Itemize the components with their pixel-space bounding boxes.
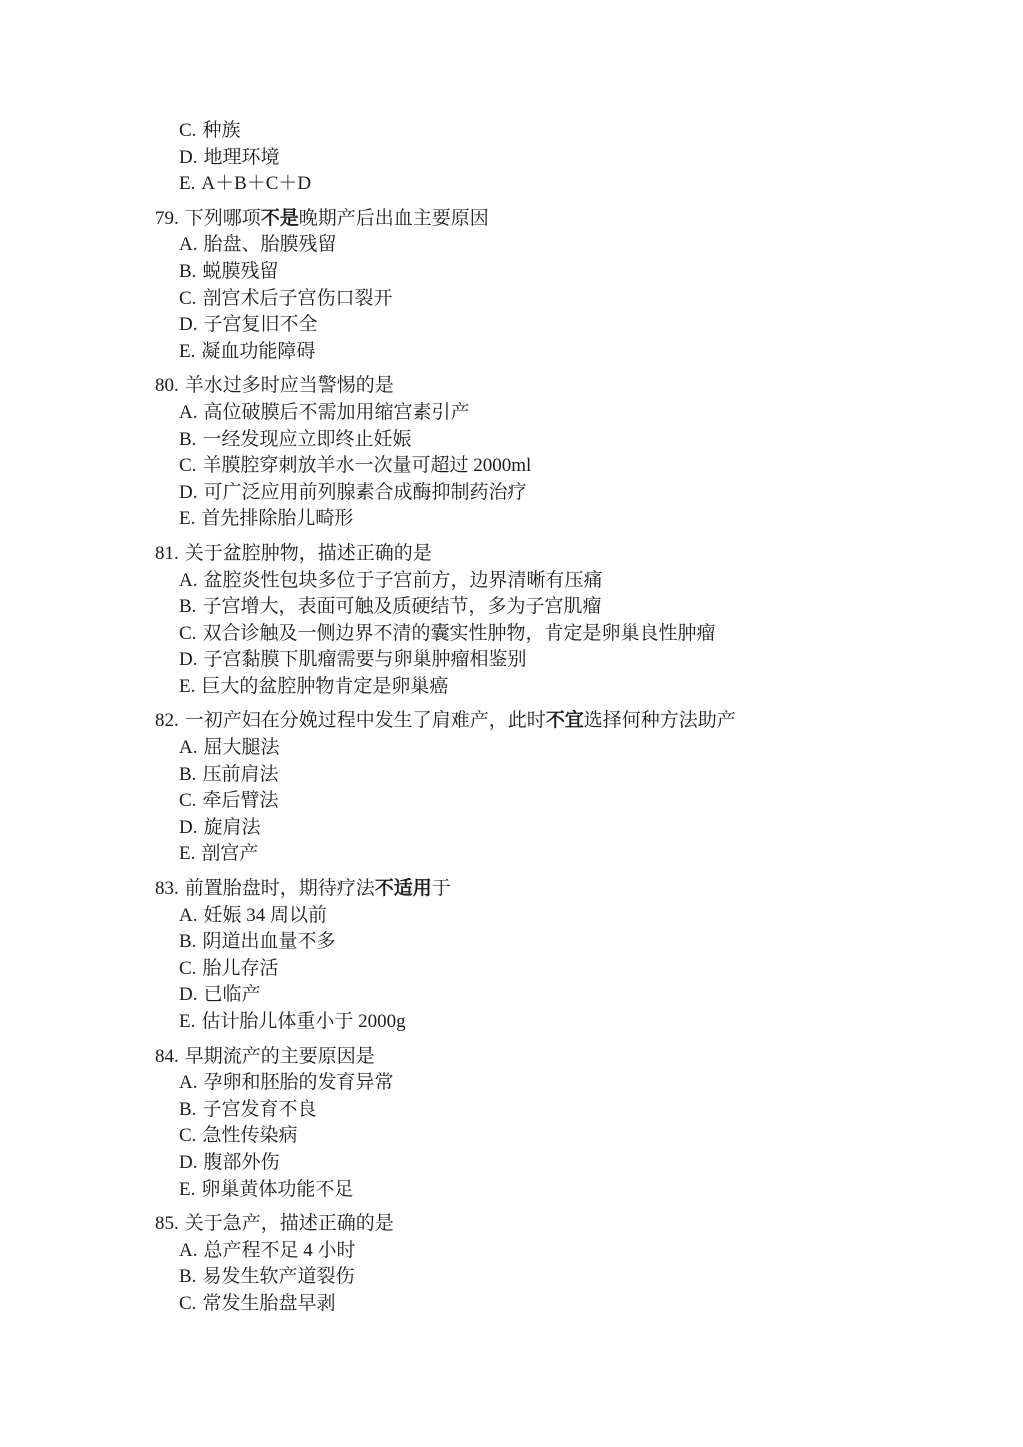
option-line: A.总产程不足 4 小时	[155, 1238, 963, 1265]
option-text: 双合诊触及一侧边界不清的囊实性肿物，肯定是卵巢良性肿瘤	[202, 623, 715, 644]
stem-text: 下列哪项	[185, 208, 261, 229]
option-line: C.羊膜腔穿刺放羊水一次量可超过 2000ml	[155, 453, 963, 480]
option-label: C.	[179, 788, 196, 815]
option-line: D.地理环境	[155, 145, 963, 172]
option-line: B.子宫发育不良	[155, 1097, 963, 1124]
question-block: 79.下列哪项不是晚期产后出血主要原因A.胎盘、胎膜残留B.蜕膜残留C.剖宫术后…	[155, 206, 963, 366]
option-label: A.	[179, 1070, 197, 1097]
stem-text: 早期流产的主要原因是	[185, 1046, 375, 1067]
exam-page: C.种族D.地理环境E.A＋B＋C＋D79.下列哪项不是晚期产后出血主要原因A.…	[0, 0, 1023, 1447]
option-text: 腹部外伤	[203, 1152, 279, 1173]
option-line: E.A＋B＋C＋D	[155, 171, 963, 198]
question-number: 81.	[155, 541, 179, 568]
option-label: E.	[179, 674, 195, 701]
option-label: B.	[179, 594, 196, 621]
question-number: 84.	[155, 1044, 179, 1071]
option-text: 牵后臂法	[202, 790, 278, 811]
option-label: E.	[179, 339, 195, 366]
question-number: 79.	[155, 206, 179, 233]
question-block: 83.前置胎盘时，期待疗法不适用于A.妊娠 34 周以前B.阴道出血量不多C.胎…	[155, 876, 963, 1036]
option-text: 常发生胎盘早剥	[202, 1293, 335, 1314]
option-label: D.	[179, 1150, 197, 1177]
option-text: 盆腔炎性包块多位于子宫前方，边界清晰有压痛	[203, 570, 602, 591]
option-text: 屈大腿法	[203, 737, 279, 758]
option-text: 阴道出血量不多	[202, 931, 335, 952]
stem-text: 关于盆腔肿物，描述正确的是	[185, 543, 432, 564]
option-line: E.巨大的盆腔肿物肯定是卵巢癌	[155, 674, 963, 701]
option-text: 压前肩法	[202, 764, 278, 785]
option-label: B.	[179, 762, 196, 789]
question-list: C.种族D.地理环境E.A＋B＋C＋D79.下列哪项不是晚期产后出血主要原因A.…	[0, 0, 1023, 1318]
option-text: 孕卵和胚胎的发育异常	[203, 1072, 393, 1093]
stem-text: 选择何种方法助产	[584, 710, 736, 731]
option-line: A.屈大腿法	[155, 735, 963, 762]
question-block: 85.关于急产，描述正确的是A.总产程不足 4 小时B.易发生软产道裂伤C.常发…	[155, 1211, 963, 1317]
question-stem: 关于盆腔肿物，描述正确的是	[185, 543, 432, 564]
option-line: D.可广泛应用前列腺素合成酶抑制药治疗	[155, 480, 963, 507]
option-text: 凝血功能障碍	[201, 341, 315, 362]
stem-text: 一初产妇在分娩过程中发生了肩难产，此时	[185, 710, 546, 731]
option-label: C.	[179, 956, 196, 983]
option-line: D.已临产	[155, 982, 963, 1009]
option-label: B.	[179, 1097, 196, 1124]
stem-emphasis: 不适用	[375, 878, 432, 899]
option-label: E.	[179, 1177, 195, 1204]
option-label: C.	[179, 1291, 196, 1318]
option-line: D.子宫复旧不全	[155, 312, 963, 339]
question-stem-line: 85.关于急产，描述正确的是	[155, 1211, 963, 1238]
option-text: 剖宫产	[201, 843, 258, 864]
question-stem-line: 80.羊水过多时应当警惕的是	[155, 373, 963, 400]
option-line: E.首先排除胎儿畸形	[155, 506, 963, 533]
stem-text: 羊水过多时应当警惕的是	[185, 375, 394, 396]
option-line: A.高位破膜后不需加用缩宫素引产	[155, 400, 963, 427]
option-text: 一经发现应立即终止妊娠	[202, 429, 411, 450]
option-line: B.压前肩法	[155, 762, 963, 789]
option-label: B.	[179, 427, 196, 454]
option-line: C.急性传染病	[155, 1123, 963, 1150]
option-text: 易发生软产道裂伤	[202, 1266, 354, 1287]
question-stem-line: 79.下列哪项不是晚期产后出血主要原因	[155, 206, 963, 233]
option-text: 子宫增大，表面可触及质硬结节，多为子宫肌瘤	[202, 596, 601, 617]
option-text: 胎儿存活	[202, 958, 278, 979]
option-line: C.剖宫术后子宫伤口裂开	[155, 286, 963, 313]
option-label: C.	[179, 118, 196, 145]
question-number: 83.	[155, 876, 179, 903]
option-label: B.	[179, 1264, 196, 1291]
option-label: C.	[179, 1123, 196, 1150]
question-stem-line: 84.早期流产的主要原因是	[155, 1044, 963, 1071]
question-stem: 一初产妇在分娩过程中发生了肩难产，此时不宜选择何种方法助产	[185, 710, 736, 731]
option-line: C.双合诊触及一侧边界不清的囊实性肿物，肯定是卵巢良性肿瘤	[155, 621, 963, 648]
question-block: 80.羊水过多时应当警惕的是A.高位破膜后不需加用缩宫素引产B.一经发现应立即终…	[155, 373, 963, 533]
option-line: C.种族	[155, 118, 963, 145]
option-line: A.盆腔炎性包块多位于子宫前方，边界清晰有压痛	[155, 568, 963, 595]
option-line: E.卵巢黄体功能不足	[155, 1177, 963, 1204]
option-label: A.	[179, 735, 197, 762]
option-label: D.	[179, 982, 197, 1009]
stem-text: 晚期产后出血主要原因	[299, 208, 489, 229]
question-stem: 下列哪项不是晚期产后出血主要原因	[185, 208, 489, 229]
option-line: D.腹部外伤	[155, 1150, 963, 1177]
option-line: D.旋肩法	[155, 815, 963, 842]
question-number: 85.	[155, 1211, 179, 1238]
option-label: A.	[179, 903, 197, 930]
option-line: E.估计胎儿体重小于 2000g	[155, 1009, 963, 1036]
option-label: A.	[179, 568, 197, 595]
option-label: C.	[179, 453, 196, 480]
option-label: A.	[179, 232, 197, 259]
option-line: B.阴道出血量不多	[155, 929, 963, 956]
option-line: C.常发生胎盘早剥	[155, 1291, 963, 1318]
stem-text: 前置胎盘时，期待疗法	[185, 878, 375, 899]
option-label: E.	[179, 841, 195, 868]
option-text: A＋B＋C＋D	[201, 173, 311, 194]
question-number: 80.	[155, 373, 179, 400]
stem-emphasis: 不宜	[546, 710, 584, 731]
question-block: 82.一初产妇在分娩过程中发生了肩难产，此时不宜选择何种方法助产A.屈大腿法B.…	[155, 708, 963, 868]
option-text: 旋肩法	[203, 817, 260, 838]
option-label: D.	[179, 312, 197, 339]
option-text: 胎盘、胎膜残留	[203, 234, 336, 255]
option-line: E.凝血功能障碍	[155, 339, 963, 366]
option-text: 估计胎儿体重小于 2000g	[201, 1011, 405, 1032]
option-line: A.孕卵和胚胎的发育异常	[155, 1070, 963, 1097]
option-line: B.易发生软产道裂伤	[155, 1264, 963, 1291]
question-number: 82.	[155, 708, 179, 735]
option-text: 种族	[202, 120, 240, 141]
option-text: 妊娠 34 周以前	[203, 905, 327, 926]
option-label: D.	[179, 647, 197, 674]
option-text: 地理环境	[203, 147, 279, 168]
option-line: B.一经发现应立即终止妊娠	[155, 427, 963, 454]
option-label: D.	[179, 815, 197, 842]
question-stem: 关于急产，描述正确的是	[185, 1213, 394, 1234]
option-text: 巨大的盆腔肿物肯定是卵巢癌	[201, 676, 448, 697]
option-label: E.	[179, 506, 195, 533]
option-text: 子宫黏膜下肌瘤需要与卵巢肿瘤相鉴别	[203, 649, 526, 670]
option-text: 高位破膜后不需加用缩宫素引产	[203, 402, 469, 423]
option-label: D.	[179, 480, 197, 507]
option-text: 子宫发育不良	[202, 1099, 316, 1120]
option-label: C.	[179, 286, 196, 313]
option-text: 羊膜腔穿刺放羊水一次量可超过 2000ml	[202, 455, 531, 476]
option-line: E.剖宫产	[155, 841, 963, 868]
option-line: C.牵后臂法	[155, 788, 963, 815]
stem-text: 于	[432, 878, 451, 899]
option-text: 可广泛应用前列腺素合成酶抑制药治疗	[203, 482, 526, 503]
option-label: A.	[179, 400, 197, 427]
option-line: A.妊娠 34 周以前	[155, 903, 963, 930]
option-label: B.	[179, 929, 196, 956]
question-stem-line: 83.前置胎盘时，期待疗法不适用于	[155, 876, 963, 903]
option-label: C.	[179, 621, 196, 648]
option-line: D.子宫黏膜下肌瘤需要与卵巢肿瘤相鉴别	[155, 647, 963, 674]
option-text: 总产程不足 4 小时	[203, 1240, 355, 1261]
question-stem: 早期流产的主要原因是	[185, 1046, 375, 1067]
option-label: E.	[179, 1009, 195, 1036]
option-line: B.子宫增大，表面可触及质硬结节，多为子宫肌瘤	[155, 594, 963, 621]
option-text: 卵巢黄体功能不足	[201, 1179, 353, 1200]
option-label: E.	[179, 171, 195, 198]
option-text: 蜕膜残留	[202, 261, 278, 282]
question-stem-line: 82.一初产妇在分娩过程中发生了肩难产，此时不宜选择何种方法助产	[155, 708, 963, 735]
option-text: 急性传染病	[202, 1125, 297, 1146]
option-line: B.蜕膜残留	[155, 259, 963, 286]
option-label: A.	[179, 1238, 197, 1265]
option-label: B.	[179, 259, 196, 286]
question-stem-line: 81.关于盆腔肿物，描述正确的是	[155, 541, 963, 568]
stem-emphasis: 不是	[261, 208, 299, 229]
orphan-options-block: C.种族D.地理环境E.A＋B＋C＋D	[155, 118, 963, 198]
option-line: A.胎盘、胎膜残留	[155, 232, 963, 259]
option-text: 子宫复旧不全	[203, 314, 317, 335]
stem-text: 关于急产，描述正确的是	[185, 1213, 394, 1234]
question-block: 84.早期流产的主要原因是A.孕卵和胚胎的发育异常B.子宫发育不良C.急性传染病…	[155, 1044, 963, 1204]
option-line: C.胎儿存活	[155, 956, 963, 983]
question-block: 81.关于盆腔肿物，描述正确的是A.盆腔炎性包块多位于子宫前方，边界清晰有压痛B…	[155, 541, 963, 701]
option-text: 首先排除胎儿畸形	[201, 508, 353, 529]
option-label: D.	[179, 145, 197, 172]
question-stem: 羊水过多时应当警惕的是	[185, 375, 394, 396]
question-stem: 前置胎盘时，期待疗法不适用于	[185, 878, 451, 899]
option-text: 剖宫术后子宫伤口裂开	[202, 288, 392, 309]
option-text: 已临产	[203, 984, 260, 1005]
